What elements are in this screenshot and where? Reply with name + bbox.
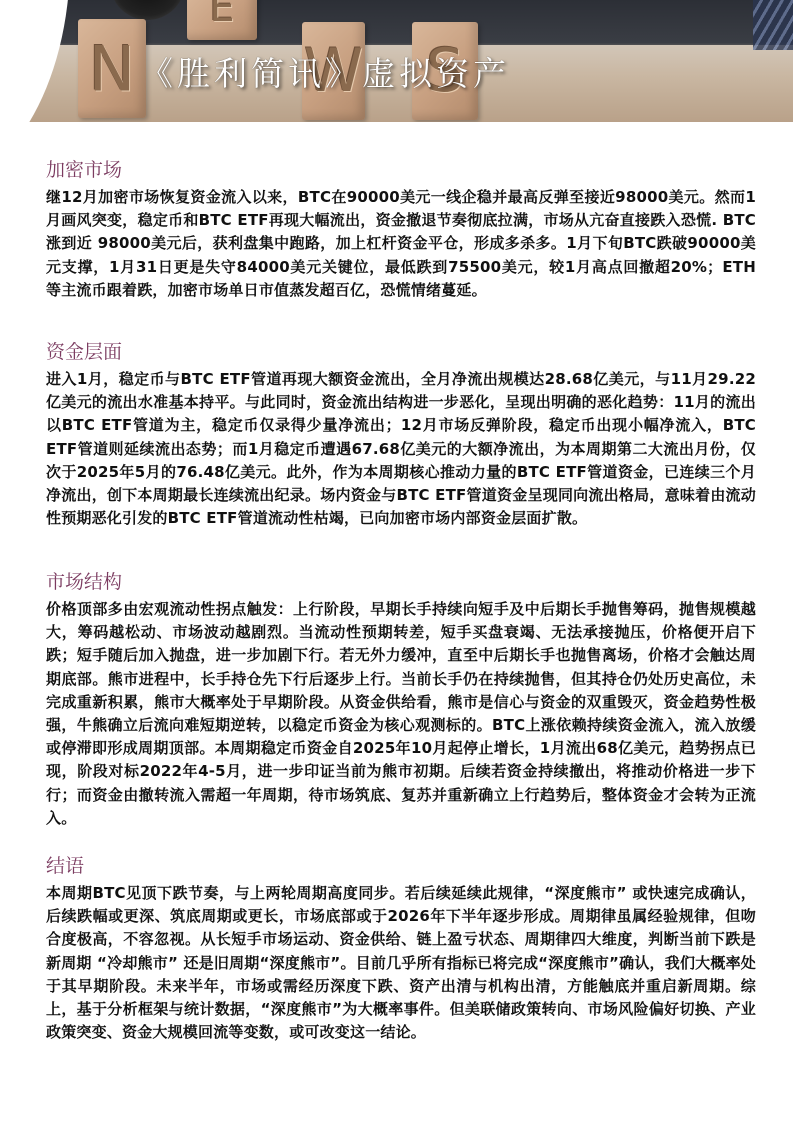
section-body: 继12月加密市场恢复资金流入以来，BTC在90000美元一线企稳并最高反弹至接近… [46,186,756,302]
section-crypto-market: 加密市场 继12月加密市场恢复资金流入以来，BTC在90000美元一线企稳并最高… [46,154,756,302]
banner-title: 《胜利简讯》虚拟资产 [140,48,510,95]
section-body: 价格顶部多由宏观流动性拐点触发：上行阶段，早期长手持续向短手及中后期长手抛售筹码… [46,598,756,830]
header-banner: E N W S 《胜利简讯》虚拟资产 [0,0,793,122]
section-conclusion: 结语 本周期BTC见顶下跌节奏，与上两轮周期高度同步。若后续延续此规律，“深度熊… [46,850,756,1044]
section-body: 进入1月，稳定币与BTC ETF管道再现大额资金流出，全月净流出规模达28.68… [46,368,756,530]
section-market-structure: 市场结构 价格顶部多由宏观流动性拐点触发：上行阶段，早期长手持续向短手及中后期长… [46,566,756,830]
section-heading: 资金层面 [46,336,756,368]
section-heading: 结语 [46,850,756,882]
section-body: 本周期BTC见顶下跌节奏，与上两轮周期高度同步。若后续延续此规律，“深度熊市” … [46,882,756,1044]
banner-cup-image [110,0,185,20]
section-heading: 市场结构 [46,566,756,598]
section-funds: 资金层面 进入1月，稳定币与BTC ETF管道再现大额资金流出，全月净流出规模达… [46,336,756,530]
letter-block-n: N [78,19,146,118]
section-heading: 加密市场 [46,154,756,186]
letter-block-e: E [187,0,257,40]
banner-stripes-decoration [753,0,793,50]
